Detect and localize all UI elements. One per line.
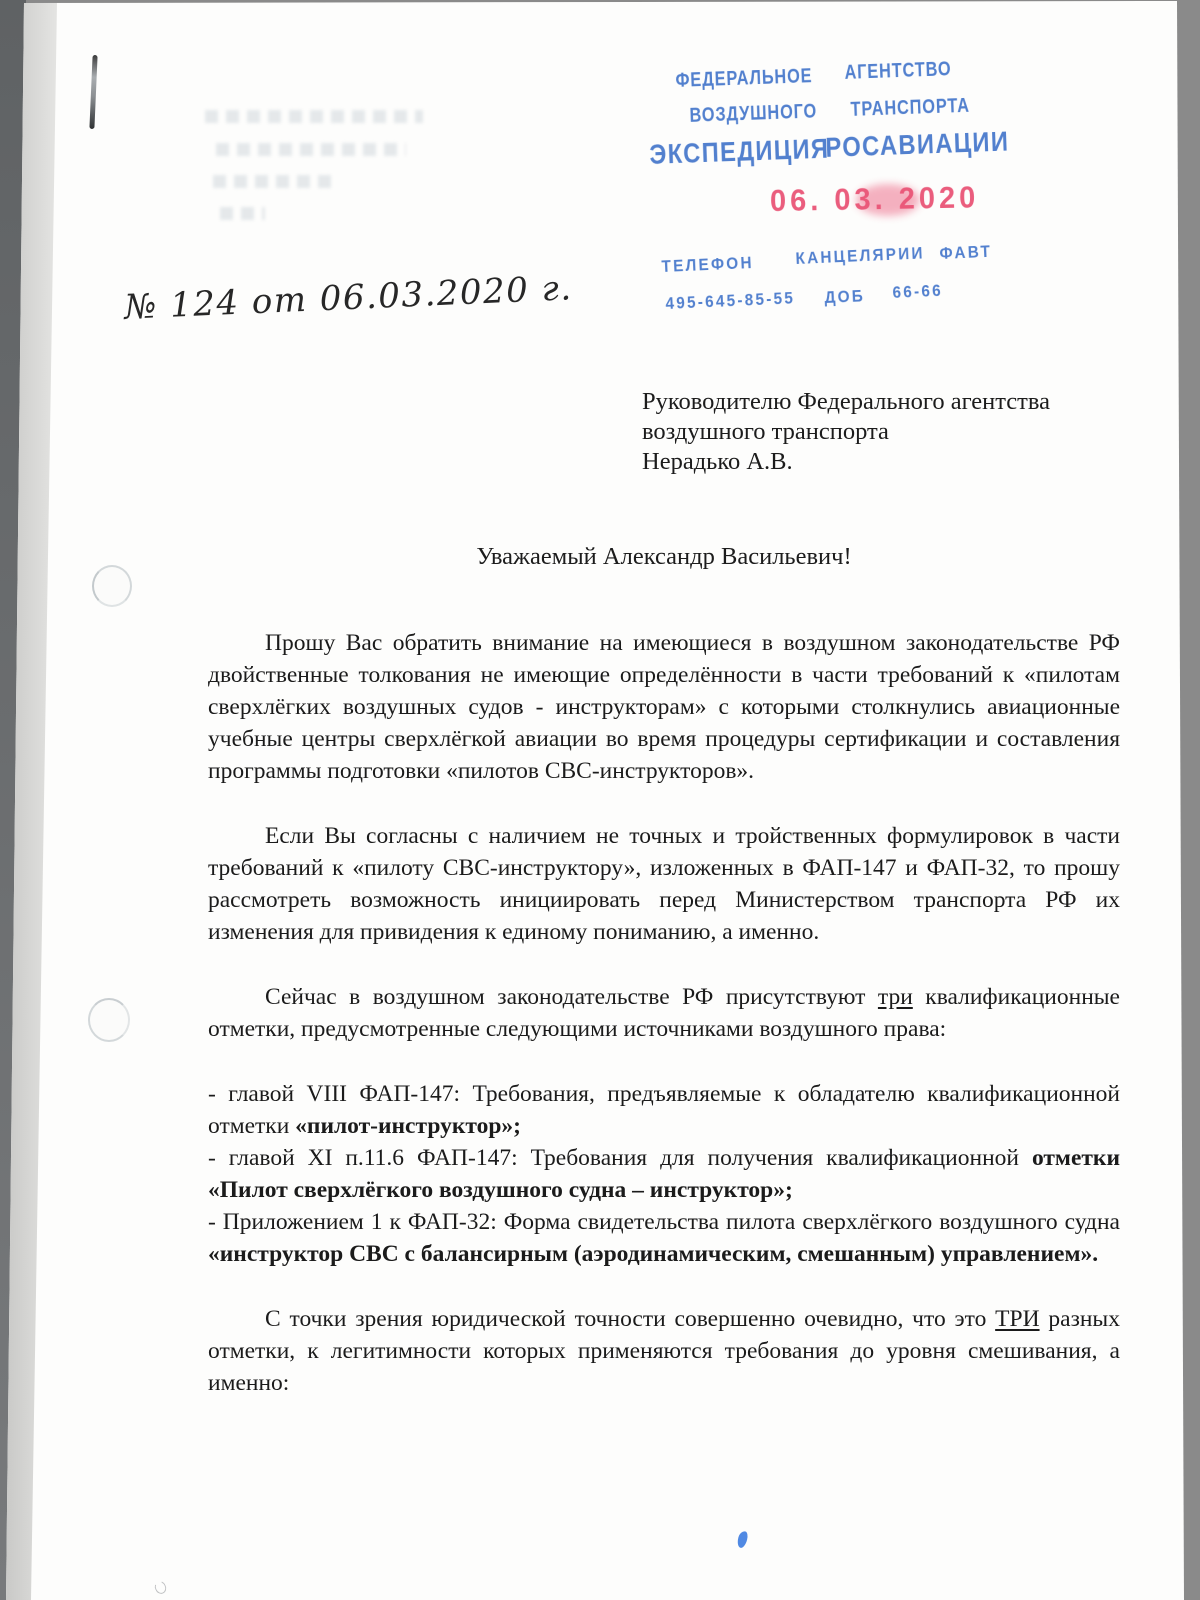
list-item-fap147-viii: - главой VIII ФАП-147: Требования, предъ… [208,1078,1120,1142]
stamp-word-ekspeditsiya: ЭКСПЕДИЦИЯ [649,133,830,171]
bold-text: «инструктор СВС с балансирным (аэродинам… [208,1241,1098,1267]
addressee-block: Руководителю Федерального агентствавозду… [642,387,1122,477]
stamp-ext-value: 66-66 [892,281,943,303]
letter-body: Прошу Вас обратить внимание на имеющиеся… [208,627,1120,1399]
text-segment: С точки зрения юридической точности сове… [265,1306,995,1332]
text-line: Нерадько А.В. [642,447,1122,477]
paragraph-request: Если Вы согласны с наличием не точных и … [208,820,1120,948]
stamp-word-rosaviatsiya: РОСАВИАЦИИ [825,126,1010,164]
bleed-through-text [213,175,331,188]
list-item-fap147-xi: - главой XI п.11.6 ФАП-147: Требования д… [208,1142,1120,1206]
text-segment: - Приложением 1 к ФАП-32: Форма свидетел… [208,1209,1120,1235]
paragraph-intro: Прошу Вас обратить внимание на имеющиеся… [208,627,1120,787]
text-line: Руководителю Федерального агентства [642,387,1122,417]
list-item-fap32-annex1: - Приложением 1 к ФАП-32: Форма свидетел… [208,1206,1120,1270]
underlined-text: три [878,984,913,1010]
paragraph-three-marks: Сейчас в воздушном законодательстве РФ п… [208,981,1120,1045]
text-segment: Если Вы согласны с наличием не точных и … [208,823,1120,945]
bold-text: «пилот-инструктор»; [295,1113,521,1139]
text-segment: Прошу Вас обратить внимание на имеющиеся… [208,630,1120,784]
bleed-through-text [205,110,423,123]
stamp-word-federalnoe: ФЕДЕРАЛЬНОЕ [675,65,813,93]
stamp-word-agentstvo: АГЕНТСТВО [844,58,952,85]
stamp-word-transporta: ТРАНСПОРТА [850,95,970,122]
bleed-through-text [216,143,406,156]
text-segment: Сейчас в воздушном законодательстве РФ п… [265,984,878,1010]
hole-punch [88,998,130,1042]
stamp-word-vozdushnogo: ВОЗДУШНОГО [689,100,817,128]
salutation: Уважаемый Александр Васильевич! [208,543,1120,571]
text-segment: - главой XI п.11.6 ФАП-147: Требования д… [208,1145,1032,1171]
underlined-text: ТРИ [995,1306,1039,1332]
stamp-phone-label: ТЕЛЕФОН [661,253,754,277]
text-line: воздушного транспорта [642,417,1122,447]
date-stamp-smudge [856,184,920,216]
bleed-through-text [220,207,265,220]
hole-punch [92,565,132,607]
stamp-ext-label: ДОБ [824,286,865,308]
scanned-letter-page: ФЕДЕРАЛЬНОЕ АГЕНТСТВО ВОЗДУШНОГО ТРАНСПО… [0,0,1200,1600]
paragraph-conclusion: С точки зрения юридической точности сове… [208,1303,1120,1399]
stamp-org-label: ФАВТ [939,242,992,264]
